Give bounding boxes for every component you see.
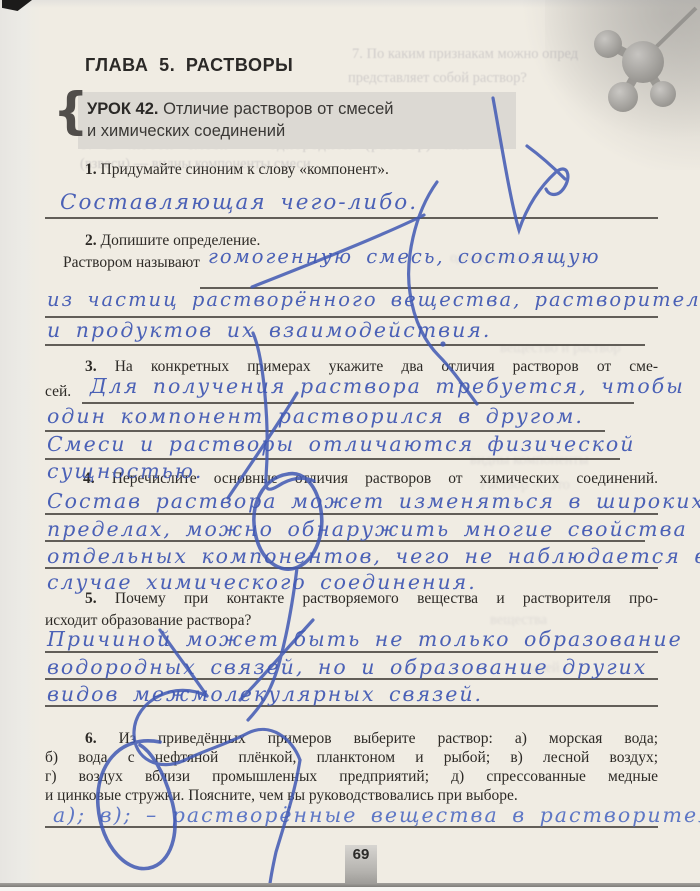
answer-4-handwriting: пределах, можно обнаружить многие свойст…: [47, 517, 688, 541]
answer-3-handwriting: Для получения раствора требуется, чтобы: [90, 374, 685, 398]
answer-5-handwriting: видов межмолекулярных связей.: [47, 682, 483, 706]
workbook-page: 7. По каким признакам можно опред предст…: [0, 0, 700, 891]
answer-3-handwriting: один компонент растворился в другом.: [47, 404, 584, 428]
lesson-number: УРОК 42.: [87, 100, 158, 118]
molecule-illustration: [545, 0, 700, 140]
answer-6-handwriting: а); в); – растворённые вещества в раство…: [53, 803, 700, 827]
lesson-header: УРОК 42. Отличие растворов от смесей и х…: [78, 92, 516, 149]
bleed-fragment: вещество и раствор: [500, 340, 621, 357]
task-6-text: 6. Из приведённых примеров выберите раст…: [85, 729, 658, 748]
lesson-brace-mark: {: [53, 86, 89, 136]
scan-left-edge: [0, 0, 42, 891]
chapter-title: ГЛАВА 5. РАСТВОРЫ: [85, 55, 293, 76]
answer-4-handwriting: отдельных компонентов, чего не наблюдает…: [47, 544, 700, 568]
answer-2-handwriting: и продуктов их взаимодействия.: [47, 318, 491, 342]
task-6-text: г) воздух вблизи промышленных предприяти…: [45, 767, 658, 786]
answer-5-handwriting: водородных связей, но и образование друг…: [47, 655, 647, 679]
answer-5-handwriting: Причиной может быть не только образовани…: [47, 627, 683, 651]
answer-4-handwriting: случае химического соединения.: [47, 570, 477, 594]
answer-line: [45, 217, 658, 219]
page-number: 69: [345, 845, 377, 865]
answer-line: [45, 344, 645, 346]
answer-3-handwriting: сущностью.: [47, 459, 203, 483]
task-3-text: сей.: [45, 382, 71, 401]
lesson-title-line2: и химических соединений: [87, 120, 507, 142]
bleed-line: 7. По каким признакам можно опред: [352, 46, 578, 63]
answer-4-handwriting: Состав раствора может изменяться в широк…: [47, 489, 700, 513]
task-2-lead: Раствором называют: [63, 253, 200, 272]
answer-2-handwriting: из частиц растворённого вещества, раство…: [47, 288, 700, 311]
answer-1-handwriting: Составляющая чего-либо.: [60, 190, 418, 215]
task-6-text: б) вода с нефтяной плёнкой, планктоном и…: [45, 748, 658, 767]
bleed-line: представляет собой раствор?: [348, 70, 527, 87]
scan-bottom-margin: [0, 887, 700, 891]
answer-line: [45, 651, 658, 653]
answer-3-handwriting: Смеси и растворы отличаются физической: [47, 432, 635, 456]
answer-line: [45, 513, 658, 515]
answer-2-handwriting: гомогенную смесь, состоящую: [208, 245, 601, 268]
lesson-title-line1: УРОК 42. Отличие растворов от смесей: [87, 98, 507, 120]
task-1-text: 1. Придумайте синоним к слову «компонент…: [85, 160, 389, 179]
